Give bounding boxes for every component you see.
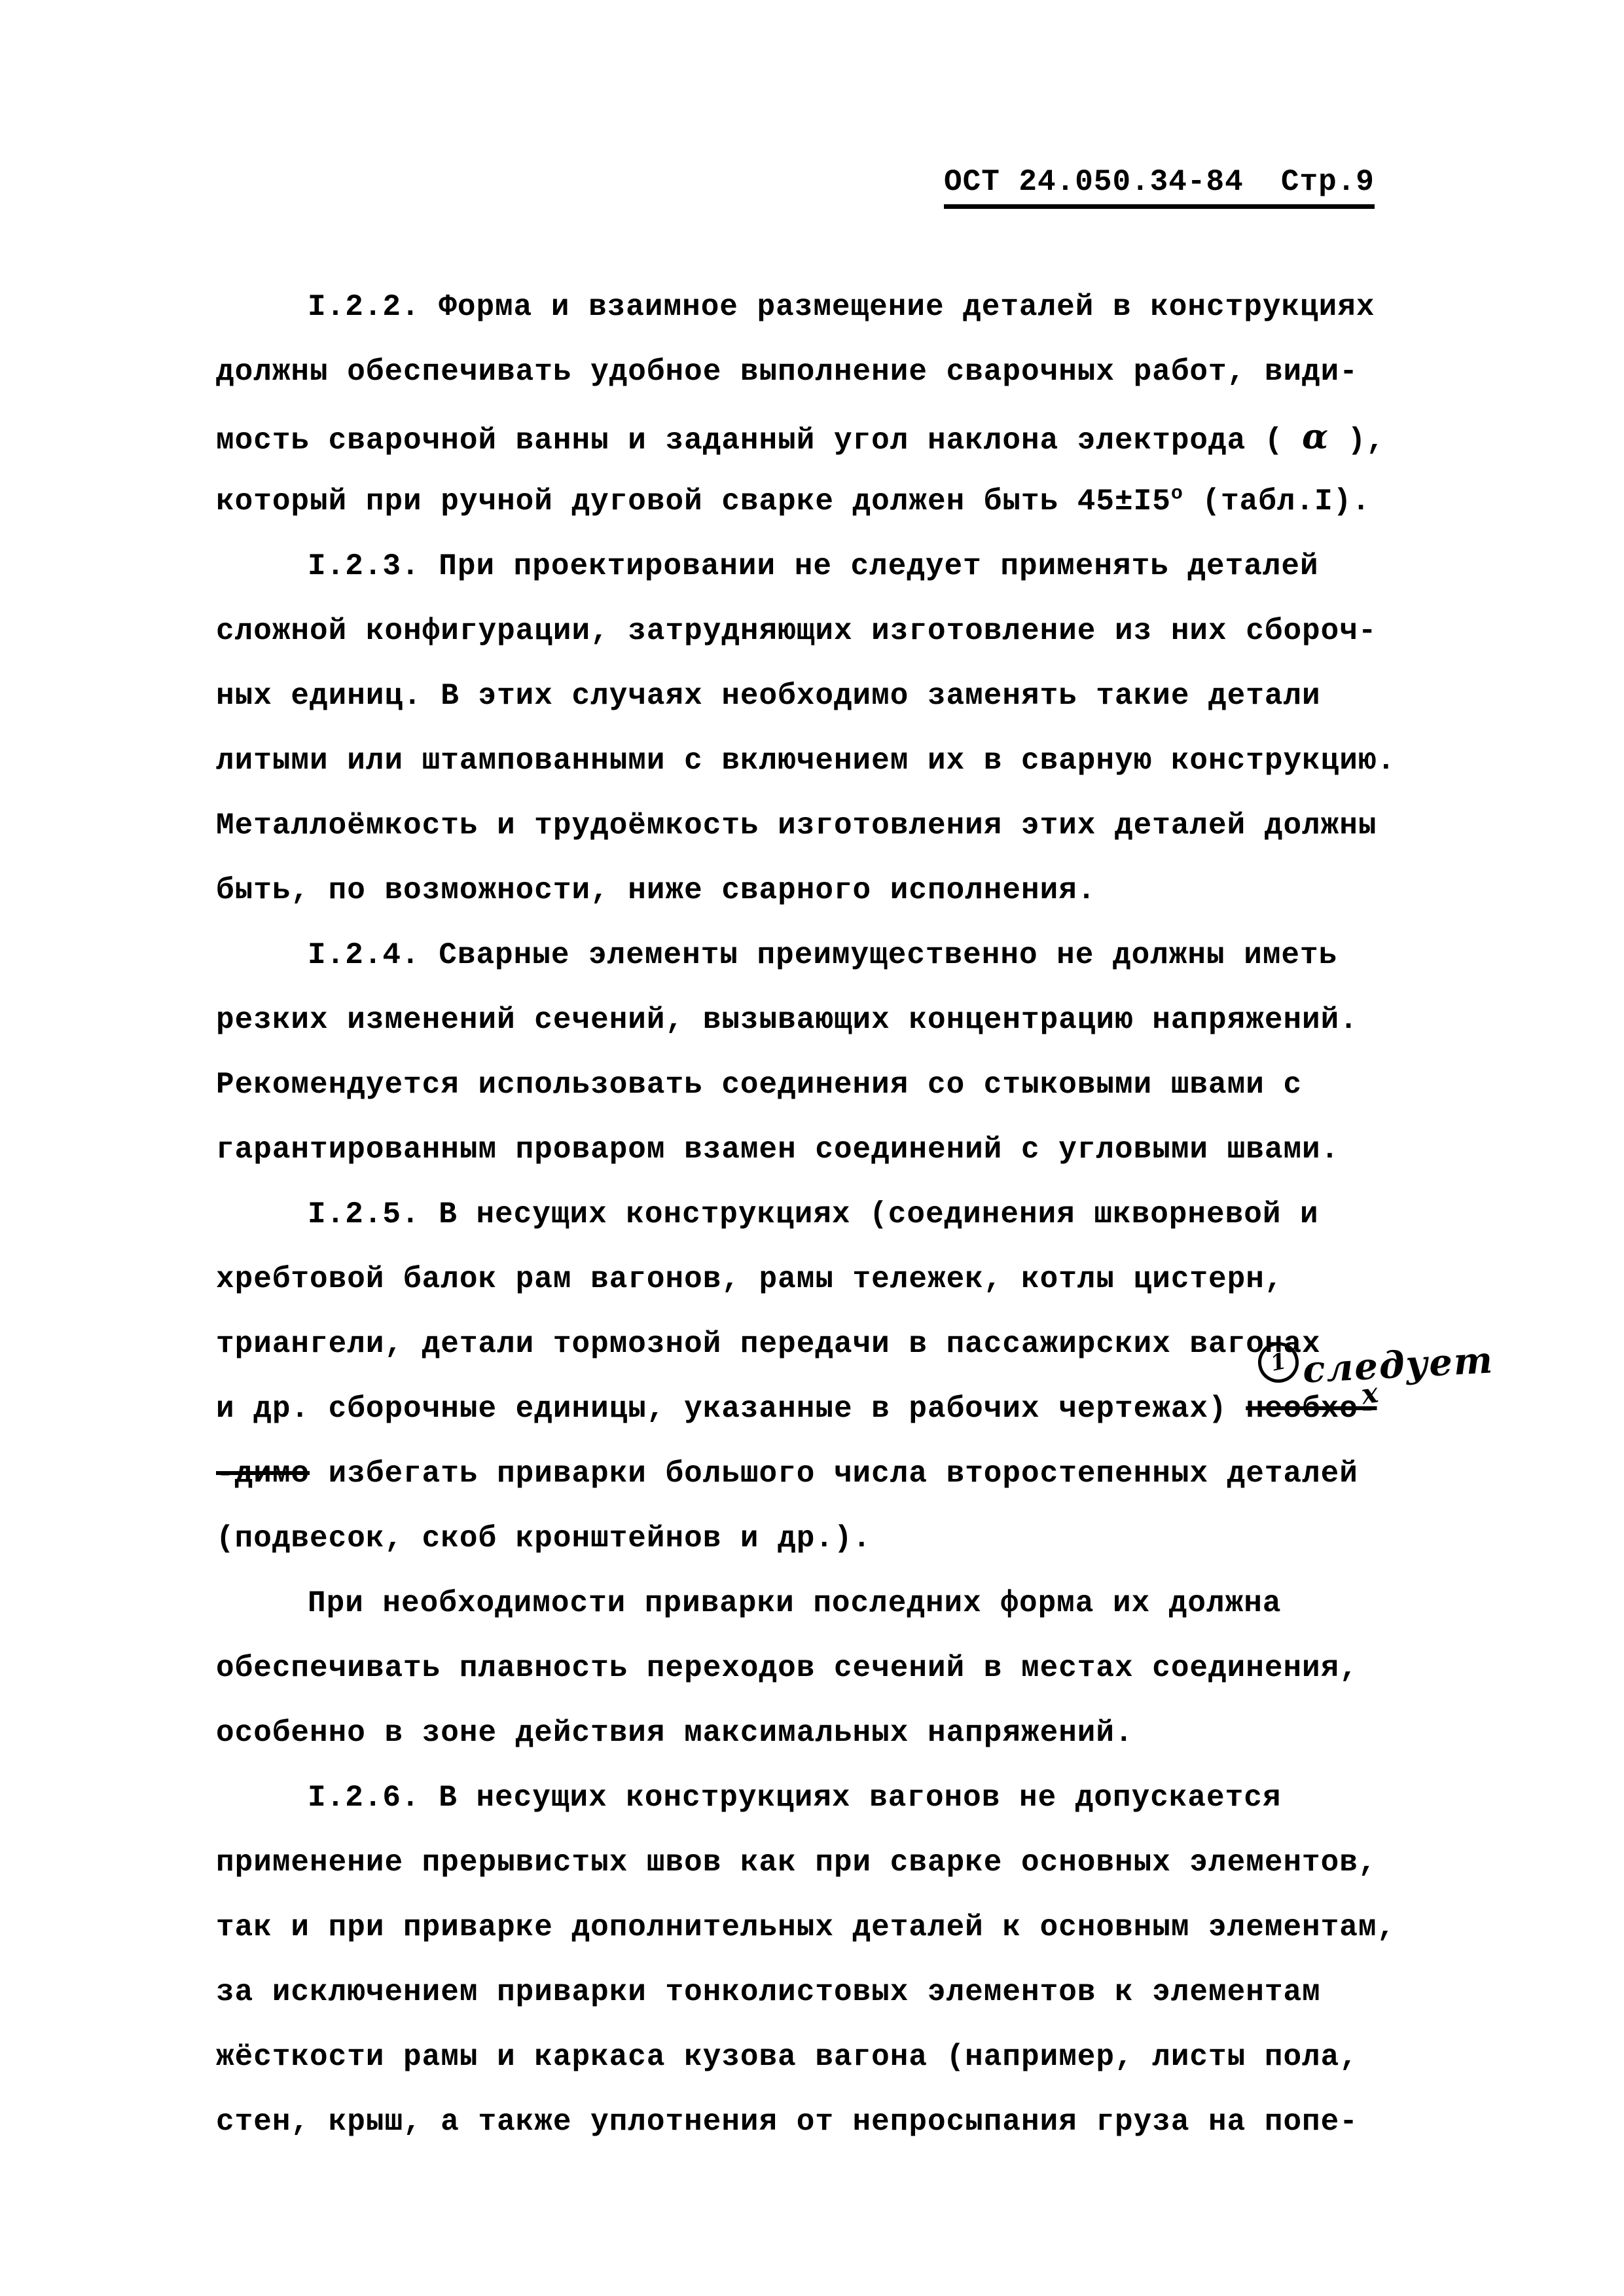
text-line: быть, по возможности, ниже сварного испо… <box>216 858 1591 923</box>
text-line: I.2.3. При проектировании не следует при… <box>216 534 1591 599</box>
text-segment: мость сварочной ванны и заданный угол на… <box>216 424 1302 458</box>
text-line: При необходимости приварки последних фор… <box>216 1571 1591 1636</box>
text-line: хребтовой балок рам вагонов, рамы тележе… <box>216 1247 1591 1312</box>
text-segment: (табл.I). <box>1183 484 1371 519</box>
text-line: особенно в зоне действия максимальных на… <box>216 1701 1591 1766</box>
page-header: ОСТ 24.050.34-84 Стр.9 <box>944 165 1375 209</box>
text-line: который при ручной дуговой сварке должен… <box>216 469 1591 534</box>
text-line: обеспечивать плавность переходов сечений… <box>216 1636 1591 1701</box>
handwritten-alpha-symbol: α <box>1302 417 1329 457</box>
struck-text: -димо <box>216 1457 310 1491</box>
text-line: жёсткости рамы и каркаса кузова вагона (… <box>216 2025 1591 2090</box>
text-line: Металлоёмкость и трудоёмкость изготовлен… <box>216 793 1591 858</box>
text-segment: который при ручной дуговой сварке должен… <box>216 484 1171 519</box>
text-segment: и др. сборочные единицы, указанные в раб… <box>216 1392 1246 1426</box>
text-line: (подвесок, скоб кронштейнов и др.). <box>216 1506 1591 1571</box>
text-line: I.2.5. В несущих конструкциях (соединени… <box>216 1182 1591 1247</box>
text-line: I.2.2. Форма и взаимное размещение детал… <box>216 275 1591 340</box>
text-line: сложной конфигурации, затрудняющих изгот… <box>216 599 1591 664</box>
text-line: стен, крыш, а также уплотнения от непрос… <box>216 2090 1591 2155</box>
text-line: мость сварочной ванны и заданный угол на… <box>216 405 1591 469</box>
text-line: -димо избегать приварки большого числа в… <box>216 1442 1591 1506</box>
text-segment: избегать приварки большого числа второст… <box>310 1457 1358 1491</box>
text-line: I.2.4. Сварные элементы преимущественно … <box>216 923 1591 988</box>
document-page: ОСТ 24.050.34-84 Стр.9 I.2.2. Форма и вз… <box>0 0 1624 2296</box>
text-line: так и при приварке дополнительных детале… <box>216 1895 1591 1960</box>
degree-superscript: о <box>1171 483 1183 505</box>
text-line: должны обеспечивать удобное выполнение с… <box>216 340 1591 405</box>
text-line: литыми или штампованными с включением их… <box>216 729 1591 793</box>
text-segment: ), <box>1329 424 1385 458</box>
text-line: за исключением приварки тонколистовых эл… <box>216 1960 1591 2025</box>
text-line: I.2.6. В несущих конструкциях вагонов не… <box>216 1766 1591 1831</box>
text-line: Рекомендуется использовать соединения со… <box>216 1053 1591 1118</box>
text-line: применение прерывистых швов как при свар… <box>216 1831 1591 1895</box>
text-line: ных единиц. В этих случаях необходимо за… <box>216 664 1591 729</box>
document-body: I.2.2. Форма и взаимное размещение детал… <box>216 275 1591 2155</box>
struck-text: необхо- <box>1246 1392 1377 1426</box>
text-line: резких изменений сечений, вызывающих кон… <box>216 988 1591 1053</box>
text-line: гарантированным проваром взамен соединен… <box>216 1118 1591 1182</box>
